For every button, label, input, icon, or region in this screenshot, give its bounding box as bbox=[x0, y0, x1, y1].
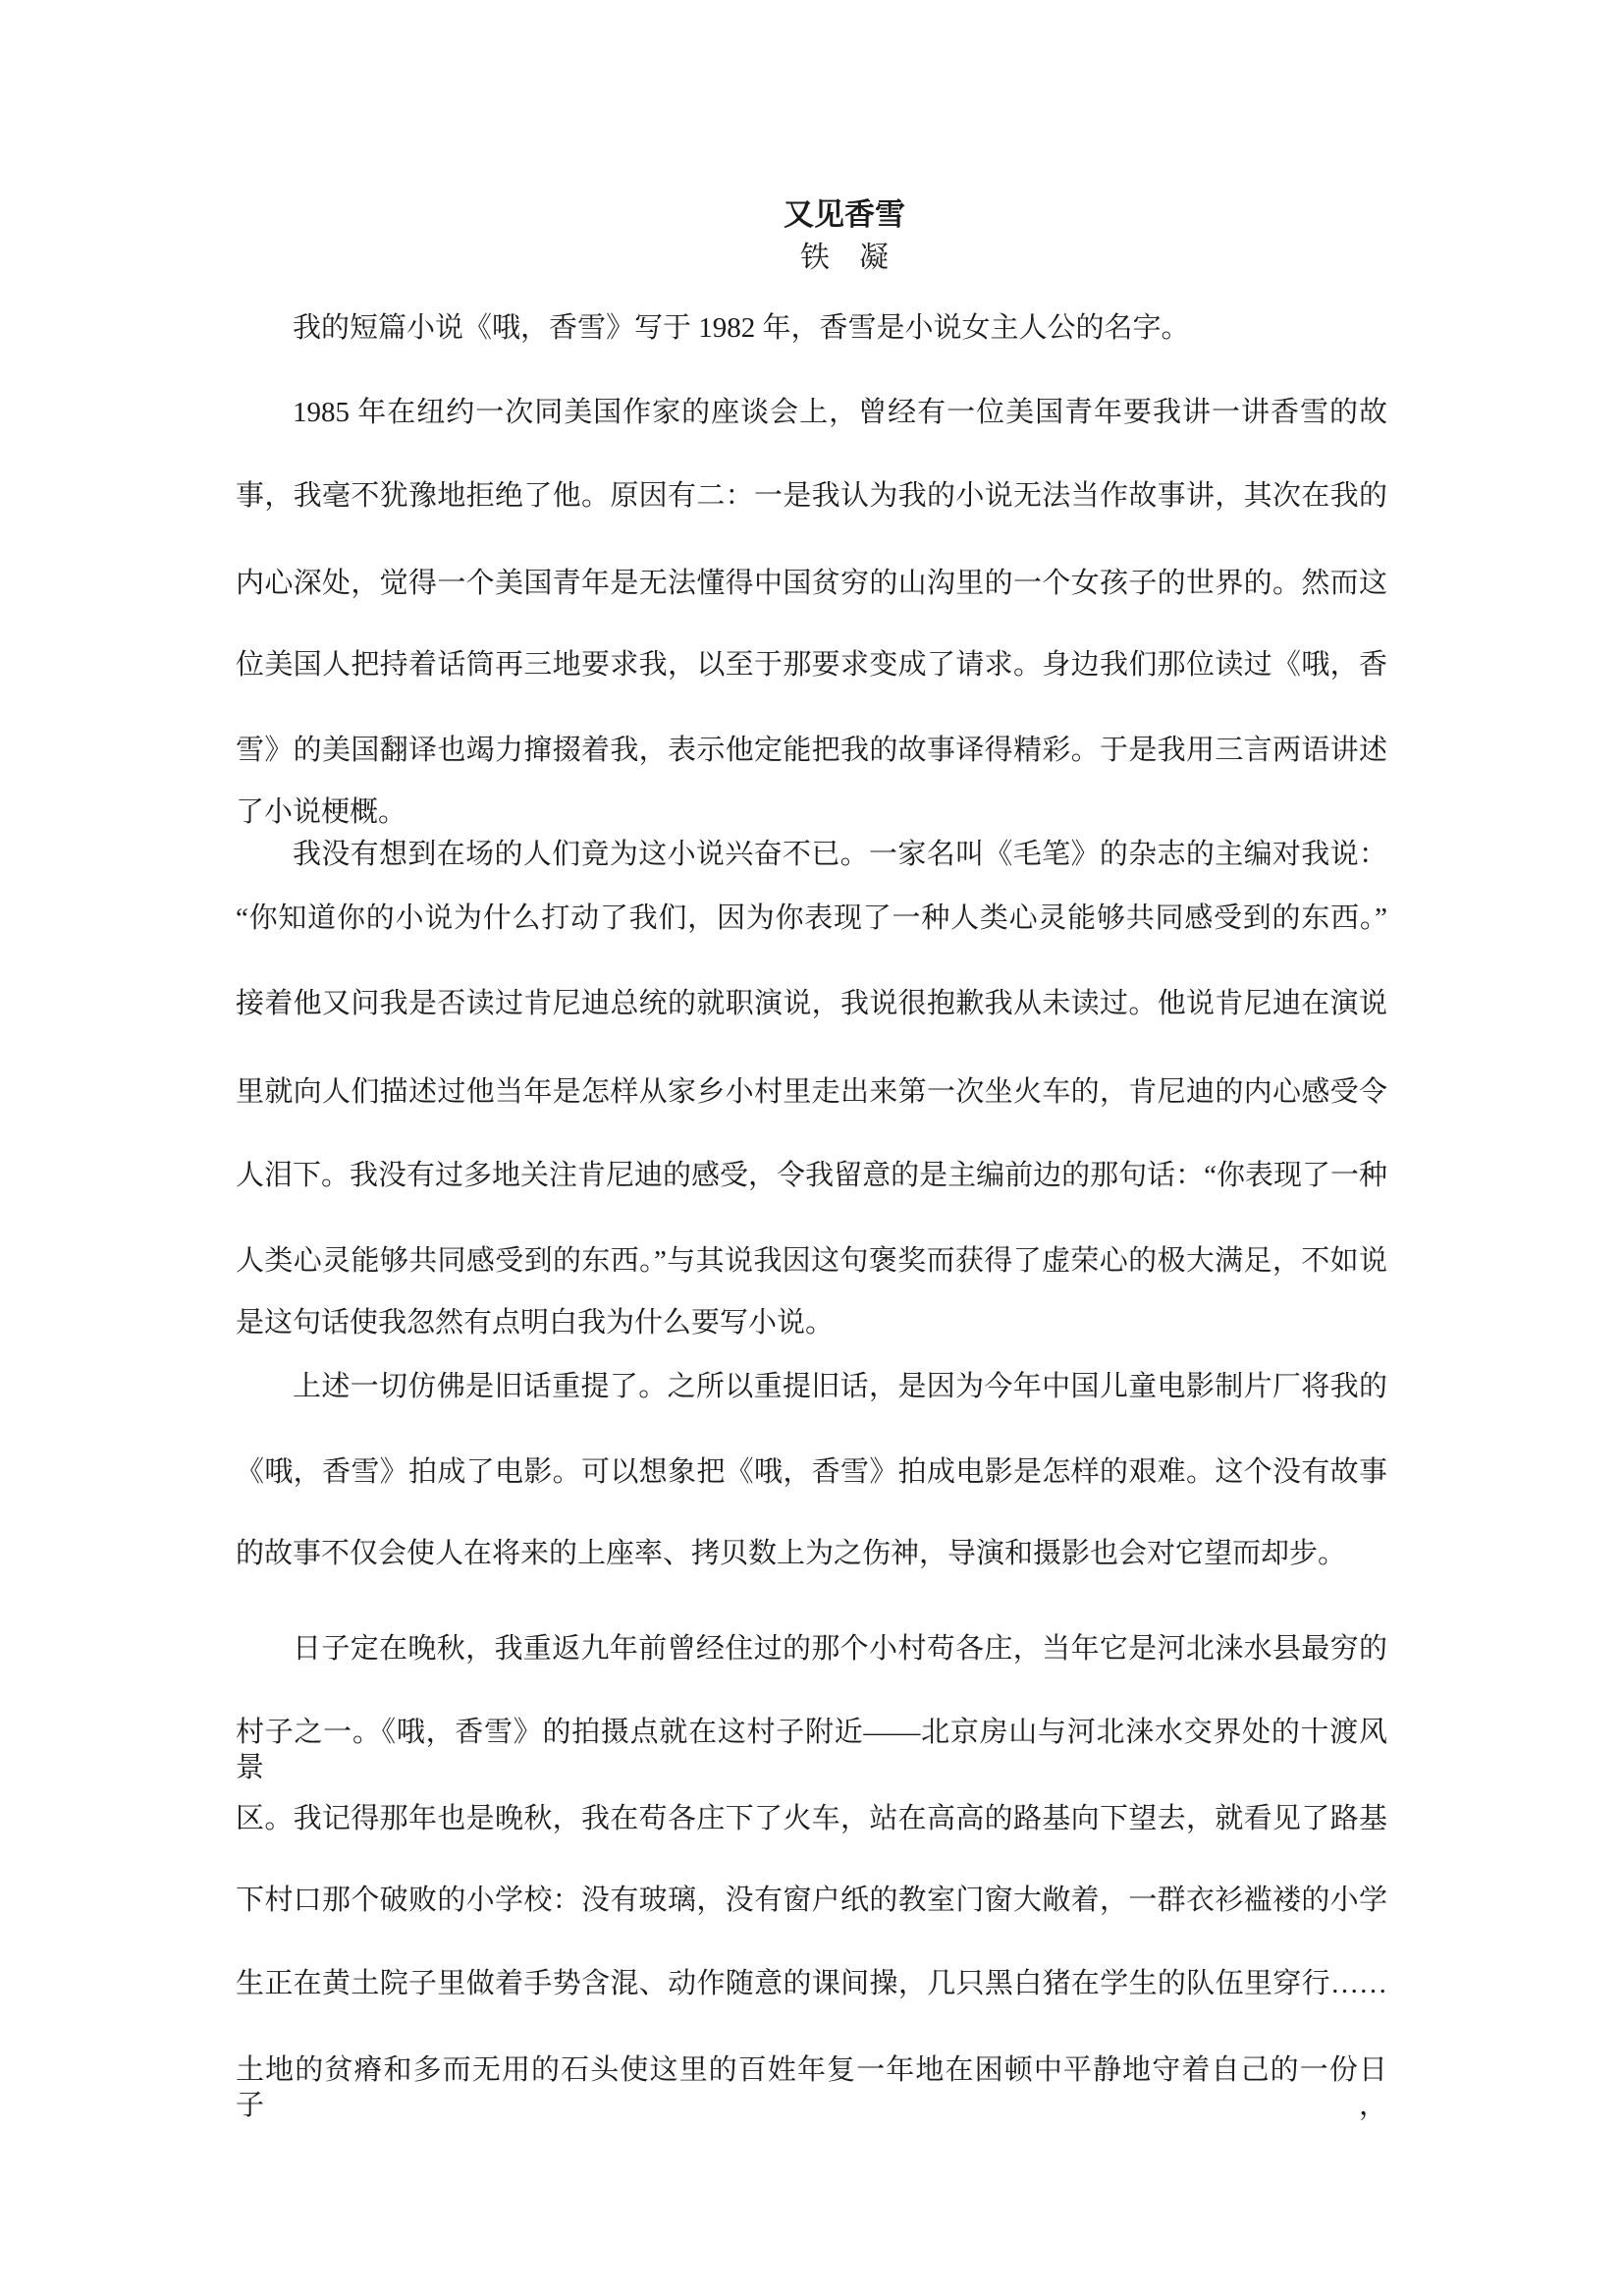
text-line: 1985 年在纽约一次同美国作家的座谈会上，曾经有一位美国青年要我讲一讲香雪的故 bbox=[236, 395, 1387, 430]
document-page: 又见香雪 铁 凝 我的短篇小说《哦，香雪》写于 1982 年，香雪是小说女主人公… bbox=[0, 0, 1623, 2296]
text-line: 日子定在晚秋，我重返九年前曾经住过的那个小村苟各庄，当年它是河北涞水县最穷的 bbox=[236, 1631, 1387, 1667]
text-line: 事，我毫不犹豫地拒绝了他。原因有二：一是我认为我的小说无法当作故事讲，其次在我的 bbox=[236, 478, 1387, 514]
text-line: 里就向人们描述过他当年是怎样从家乡小村里走出来第一次坐火车的，肯尼迪的内心感受令 bbox=[236, 1074, 1387, 1110]
text-line: 村子之一。《哦，香雪》的拍摄点就在这村子附近——北京房山与河北涞水交界处的十渡风… bbox=[236, 1715, 1387, 1785]
text-line: 土地的贫瘠和多而无用的石头使这里的百姓年复一年地在困顿中平静地守着自己的一份日子… bbox=[236, 2052, 1387, 2123]
text-line: 内心深处，觉得一个美国青年是无法懂得中国贫穷的山沟里的一个女孩子的世界的。然而这 bbox=[236, 566, 1387, 601]
text-line: 人泪下。我没有过多地关注肯尼迪的感受，令我留意的是主编前边的那句话：“你表现了一… bbox=[236, 1158, 1387, 1193]
text-line: 是这句话使我忽然有点明白我为什么要写小说。 bbox=[236, 1305, 1387, 1340]
text-line: 区。我记得那年也是晚秋，我在苟各庄下了火车，站在高高的路基向下望去，就看见了路基 bbox=[236, 1801, 1387, 1836]
text-line: 人类心灵能够共同感受到的东西。”与其说我因这句褒奖而获得了虚荣心的极大满足，不如… bbox=[236, 1243, 1387, 1279]
text-line: 了小说梗概。 bbox=[236, 794, 1387, 830]
text-line: “你知道你的小说为什么打动了我们，因为你表现了一种人类心灵能够共同感受到的东西。… bbox=[236, 901, 1387, 936]
text-line: 上述一切仿佛是旧话重提了。之所以重提旧话，是因为今年中国儿童电影制片厂将我的 bbox=[236, 1369, 1387, 1404]
text-line: 雪》的美国翻译也竭力撺掇着我，表示他定能把我的故事译得精彩。于是我用三言两语讲述 bbox=[236, 733, 1387, 768]
text-line: 接着他又问我是否读过肯尼迪总统的就职演说，我说很抱歉我从未读过。他说肯尼迪在演说 bbox=[236, 986, 1387, 1021]
document-body: 我的短篇小说《哦，香雪》写于 1982 年，香雪是小说女主人公的名字。1985 … bbox=[0, 0, 1623, 2296]
text-line: 生正在黄土院子里做着手势含混、动作随意的课间操，几只黑白猪在学生的队伍里穿行…… bbox=[236, 1966, 1387, 2001]
text-line: 我没有想到在场的人们竟为这小说兴奋不已。一家名叫《毛笔》的杂志的主编对我说： bbox=[236, 837, 1387, 872]
text-line: 《哦，香雪》拍成了电影。可以想象把《哦，香雪》拍成电影是怎样的艰难。这个没有故事 bbox=[236, 1454, 1387, 1490]
text-line: 位美国人把持着话筒再三地要求我，以至于那要求变成了请求。身边我们那位读过《哦，香 bbox=[236, 647, 1387, 683]
text-line: 下村口那个破败的小学校：没有玻璃，没有窗户纸的教室门窗大敞着，一群衣衫褴褛的小学 bbox=[236, 1883, 1387, 1918]
text-line: 我的短篇小说《哦，香雪》写于 1982 年，香雪是小说女主人公的名字。 bbox=[236, 310, 1387, 346]
text-line: 的故事不仅会使人在将来的上座率、拷贝数上为之伤神，导演和摄影也会对它望而却步。 bbox=[236, 1536, 1387, 1571]
